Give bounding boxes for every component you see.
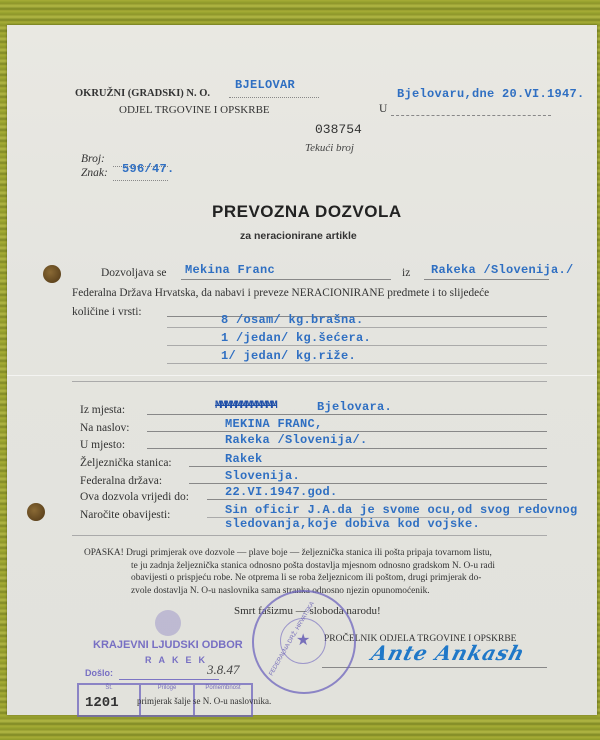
item-flour: 8 /osam/ kg.brašna. [221, 313, 364, 327]
serial-label: Tekući broj [305, 142, 354, 154]
signature-line [322, 667, 547, 668]
vrijedi-do-label: Ova dozvola vrijedi do: [80, 491, 189, 503]
iz-mjesta-value: Bjelovara. [317, 400, 392, 414]
zeljeznicka-stanica-line [189, 466, 547, 467]
document-subtitle: za neracionirane artikle [240, 230, 357, 242]
item-rice: 1/ jedan/ kg.riže. [221, 349, 356, 363]
federalna-drzava-label: Federalna država: [80, 475, 162, 487]
item-line-1 [167, 327, 547, 328]
signature: Ante Ankash [369, 641, 528, 665]
local-committee-stamp: KRAJEVNI LJUDSKI ODBOR [93, 639, 243, 651]
document-title: PREVOZNA DOZVOLA [212, 202, 402, 222]
place-date-underline [391, 115, 551, 116]
registry-cell-number: Št. 1201 [79, 685, 141, 715]
na-naslov-value: MEKINA FRANC, [225, 417, 323, 431]
znak-label: Znak: [81, 167, 108, 179]
person-underline [181, 279, 391, 280]
na-naslov-label: Na naslov: [80, 422, 130, 434]
iz-mjesta-line [147, 414, 547, 415]
origin-underline [424, 279, 549, 280]
dept-line: ODJEL TRGOVINE I OPSKRBE [119, 104, 270, 116]
origin-value: Rakeka /Slovenija./ [431, 263, 574, 277]
vrijedi-do-value: 22.VI.1947.god. [225, 485, 338, 499]
obavijesti-value-line1: Sin oficir J.A.da je svome ocu,od svog r… [225, 503, 578, 517]
obavijesti-line2 [72, 535, 547, 536]
permit-body: Federalna Država Hrvatska, da nabavi i p… [72, 287, 489, 299]
u-mjesto-value: Rakeka /Slovenija/. [225, 433, 368, 447]
serial-number: 038754 [315, 122, 362, 137]
org-underline [229, 97, 319, 98]
znak-value: 596/47. [122, 162, 175, 176]
place-date-typed: Bjelovaru,dne 20.VI.1947. [397, 87, 585, 101]
item-line-4 [72, 381, 547, 382]
coat-of-arms-small-icon [155, 610, 181, 636]
vrijedi-do-line [207, 499, 547, 500]
item-line-3 [167, 363, 547, 364]
u-mjesto-label: U mjesto: [80, 439, 125, 451]
kolicine-label: količine i vrsti: [72, 306, 142, 318]
local-committee-town: RAKEK [145, 655, 212, 665]
note-line-1: Drugi primjerak ove dozvole — plave boje… [126, 548, 492, 558]
note-line-3: obavijesti o prispjeću robe. Ne otprema … [84, 572, 495, 585]
person-name: Mekina Franc [185, 263, 275, 277]
zeljeznicka-stanica-value: Rakek [225, 452, 263, 466]
punch-hole-top [43, 265, 61, 283]
na-naslov-line [147, 431, 547, 432]
item-sugar: 1 /jedan/ kg.šećera. [221, 331, 371, 345]
org-line: OKRUŽNI (GRADSKI) N. O. [75, 88, 210, 99]
place-prefix: U [379, 103, 387, 115]
doslo-line [119, 679, 219, 680]
obavijesti-label: Naročite obavijesti: [80, 509, 170, 521]
broj-label: Broj: [81, 153, 105, 165]
zeljeznicka-stanica-label: Željeznička stanica: [80, 457, 172, 469]
note-line-2: te ju zadnja željeznička stanica odnosno… [84, 560, 495, 573]
obavijesti-value-line2: sledovanja,koje dobiva kod vojske. [225, 517, 480, 531]
federalna-drzava-line [189, 483, 547, 484]
registry-number: 1201 [85, 695, 119, 711]
u-mjesto-line [147, 448, 547, 449]
doslo-label: Došlo: [85, 668, 113, 678]
note-prefix: OPASKA! [84, 548, 124, 558]
obavijesti-line [207, 517, 547, 518]
org-typed-value: BJELOVAR [235, 78, 295, 92]
iz-mjesta-label: Iz mjesta: [80, 404, 125, 416]
dozvoljava-label: Dozvoljava se [101, 267, 166, 279]
doslo-handwritten: 3.8.47 [207, 662, 240, 678]
federalna-drzava-value: Slovenija. [225, 469, 300, 483]
punch-hole-bottom [27, 503, 45, 521]
iz-label: iz [402, 267, 410, 279]
document-paper: OKRUŽNI (GRADSKI) N. O. BJELOVAR ODJEL T… [7, 25, 597, 715]
bottom-note: primjerak šalje se N. O-u naslovnika. [137, 696, 271, 706]
znak-field [113, 180, 168, 181]
item-line-2 [167, 345, 547, 346]
iz-mjesta-struck: MMMMMMMMMMMM [215, 400, 276, 412]
round-official-stamp: ★ FEDERALNA DRŽ. HRVATSKA [252, 590, 356, 694]
note-block: OPASKA! Drugi primjerak ove dozvole — pl… [84, 547, 495, 597]
